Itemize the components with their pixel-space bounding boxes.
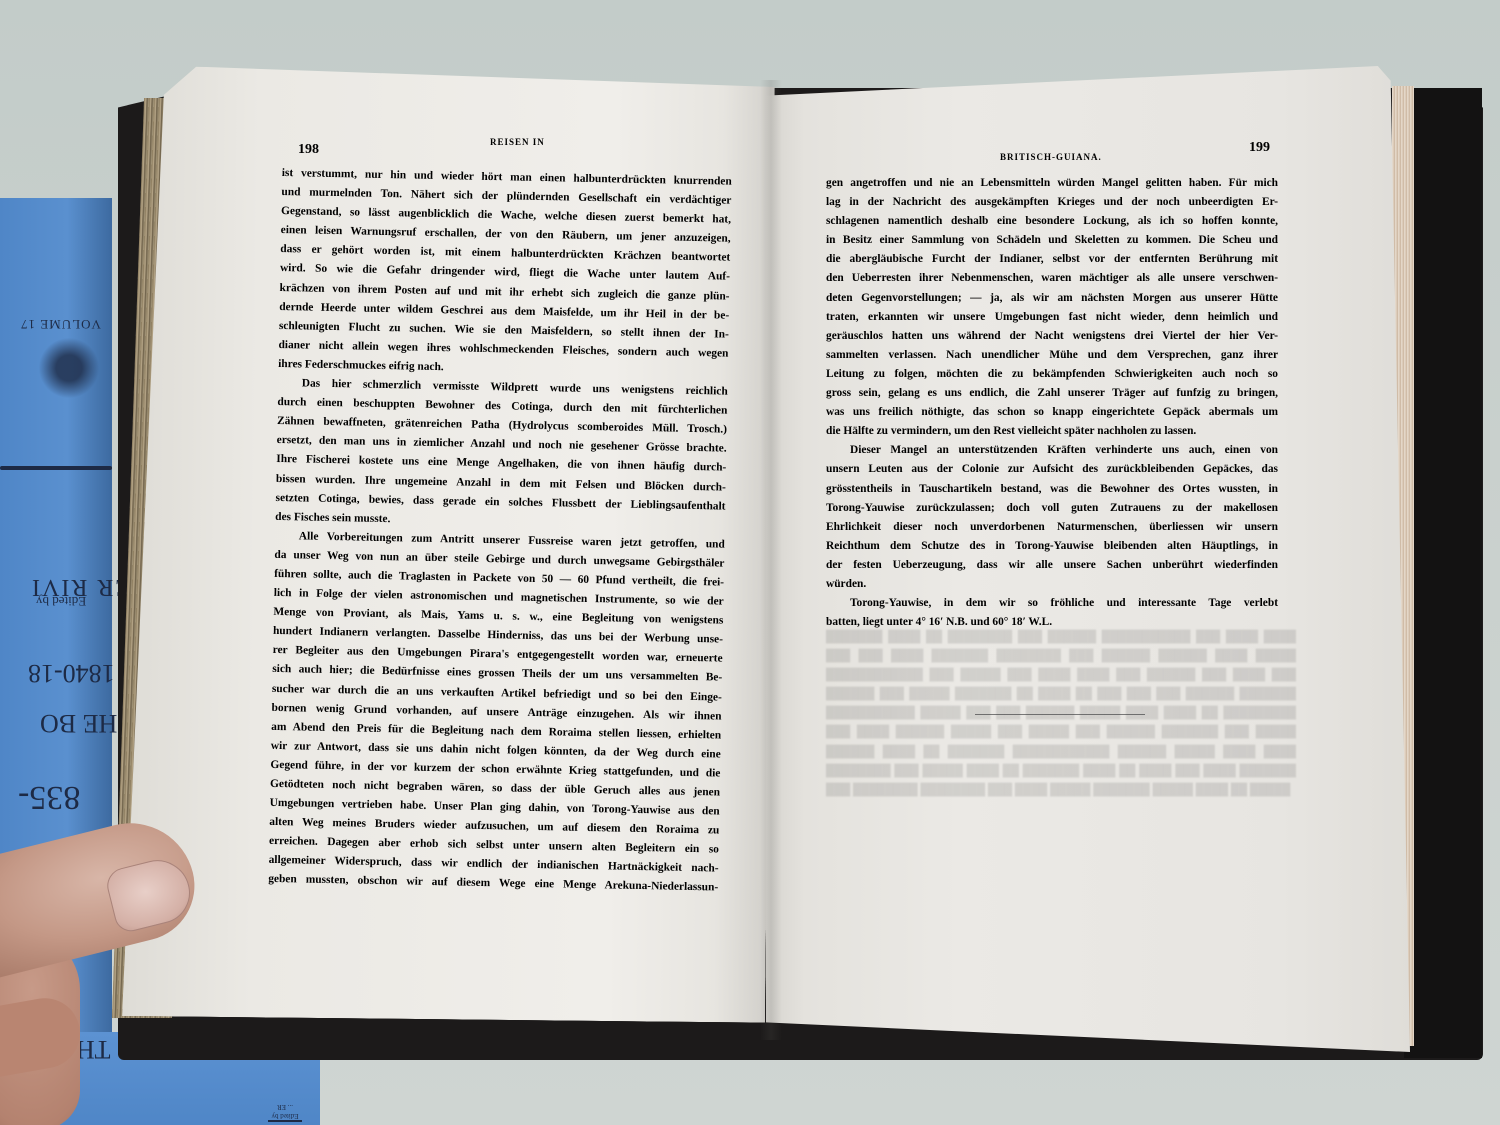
text-line: deten Gegenvorstellungen; — ja, als wir … — [826, 289, 1278, 308]
text-line: den Ueberresten ihrer Nebenmenschen, war… — [826, 269, 1278, 288]
text-line: was uns freilich nöthigte, das schon so … — [826, 403, 1278, 422]
right-page-body-text: gen angetroffen und nie an Lebensmitteln… — [826, 174, 1278, 632]
text-line: gross sein, gelang es uns endlich, die Z… — [826, 384, 1278, 403]
left-page-number: 198 — [298, 142, 319, 158]
spine-volume-text: VOLUME 17 — [20, 316, 101, 332]
spine-years-text-2: 835- — [18, 778, 80, 816]
text-line: Leitung zu folgen, möchten die zu bekämp… — [826, 365, 1278, 384]
text-line: der festen Ueberzeugung, dass wir alle u… — [826, 556, 1278, 575]
text-line: sammelten verlassen. Nach unendlicher Mü… — [826, 346, 1278, 365]
book-cover-right-edge — [1404, 88, 1482, 1058]
text-line: in Besitz einer Sammlung von Schädeln un… — [826, 231, 1278, 250]
text-line: schlagenen namentlich deshalb eine beson… — [826, 212, 1278, 231]
text-line: Torong-Yauwise zurückzulassen; doch voll… — [826, 499, 1278, 518]
spine-emblem-icon — [38, 338, 100, 398]
text-line: grösstentheils in Tauschartikeln bestand… — [826, 480, 1278, 499]
right-page-number: 199 — [1249, 140, 1270, 156]
text-line: würden. — [826, 575, 1278, 594]
text-line: geräuschlos hatten uns während der Nacht… — [826, 327, 1278, 346]
text-line: Reichthum dem Schutze des in Torong-Yauw… — [826, 537, 1278, 556]
left-running-head: REISEN IN — [490, 137, 545, 147]
right-running-head: BRITISCH-GUIANA. — [1000, 152, 1102, 162]
reverse-page-show-through: ███████ ████ ██ ████████ ███ ██████ ████… — [826, 628, 1296, 918]
spine-editor-text: Edited by — [36, 593, 86, 609]
text-line: Torong-Yauwise, in dem wir so fröhliche … — [826, 594, 1278, 613]
text-line: Dieser Mangel an unterstützenden Kräften… — [826, 441, 1278, 460]
spine-title-fragment-2: HE BO — [40, 708, 117, 738]
text-line: lag in der Nachricht des ausgekämpften K… — [826, 193, 1278, 212]
text-line: Ehrlichkeit dieser noch unverdorbenen Na… — [826, 518, 1278, 537]
left-page-body-text: ist verstummt, nur hin und wieder hört m… — [268, 164, 732, 898]
text-line: gen angetroffen und nie an Lebensmitteln… — [826, 174, 1278, 193]
spine-ornament-divider — [0, 466, 112, 470]
text-line: die Hälfte zu vermindern, um den Rest vi… — [826, 422, 1278, 441]
spine-years-text: 1840-18 — [28, 658, 115, 688]
text-line: traten, erkannten wir unsere Umgebungen … — [826, 308, 1278, 327]
book-gutter — [760, 80, 782, 1040]
text-line: die abergläubische Furcht der Indianer, … — [826, 250, 1278, 269]
text-line: unsern Leuten aus der Colonie zur Aufsic… — [826, 460, 1278, 479]
